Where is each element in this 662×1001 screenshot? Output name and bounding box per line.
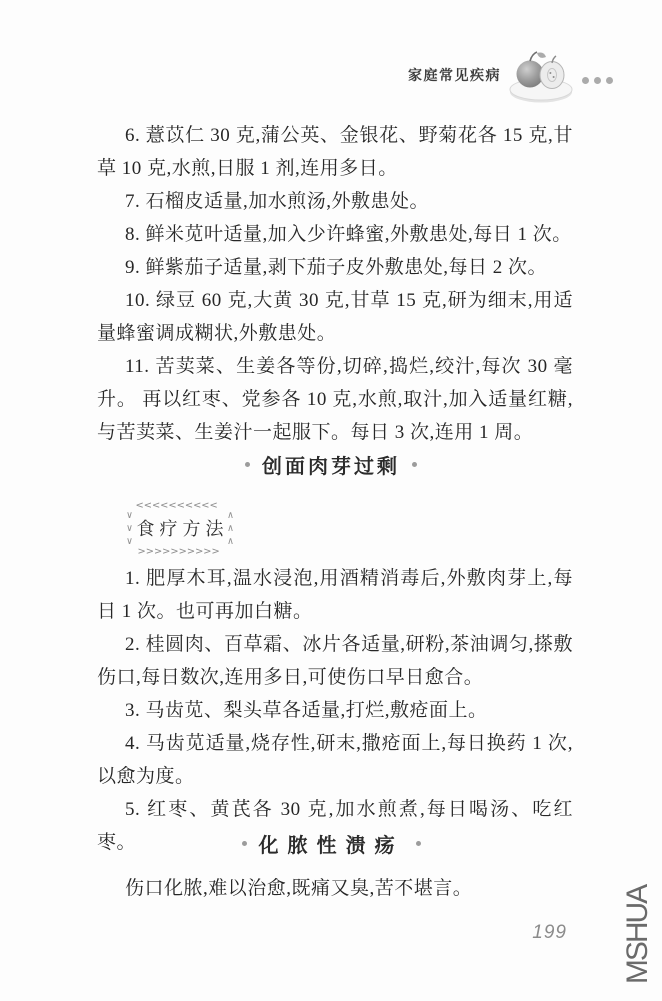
- remedy-item: 11. 苦荬菜、生姜各等份,切碎,捣烂,绞汁,每次 30 毫升。 再以红枣、党参…: [97, 350, 573, 449]
- section-title-text: 创面肉芽过剩: [262, 450, 400, 479]
- remedy-item: 9. 鲜紫茄子适量,剥下茄子皮外敷患处,每日 2 次。: [97, 251, 573, 284]
- header-dots: [582, 77, 613, 84]
- chevron-border-bottom: >>>>>>>>>>: [138, 546, 220, 556]
- section-title-ulcer: 化脓性溃疡: [0, 829, 662, 858]
- dot-icon: [606, 77, 613, 84]
- chevron-border-left: ∨∨∨: [125, 509, 134, 548]
- remedy-item: 8. 鲜米苋叶适量,加入少许蜂蜜,外敷患处,每日 1 次。: [97, 218, 573, 251]
- spine-text: MSHUA: [622, 875, 654, 995]
- remedy-item: 7. 石榴皮适量,加水煎汤,外敷患处。: [97, 185, 573, 218]
- remedy-item: 10. 绿豆 60 克,大黄 30 克,甘草 15 克,研为细末,用适量蜂蜜调成…: [97, 284, 573, 350]
- running-head-title: 家庭常见疾病: [408, 65, 501, 85]
- apples-photo: [507, 46, 575, 109]
- dot-icon: [582, 77, 589, 84]
- diet-therapy-item: 1. 肥厚木耳,温水浸泡,用酒精消毒后,外敷肉芽上,每日 1 次。也可再加白糖。: [97, 562, 573, 628]
- dot-icon: [594, 77, 601, 84]
- section-title-text: 化脓性溃疡: [259, 829, 404, 858]
- diet-therapy-label: 食疗方法: [132, 515, 229, 541]
- page-number: 199: [532, 922, 567, 944]
- diet-therapy-box: <<<<<<<<<< ∨∨∨ ∧∧∧ >>>>>>>>>> 食疗方法: [127, 502, 233, 554]
- diet-therapy-item: 4. 马齿苋适量,烧存性,研末,撒疮面上,每日换药 1 次,以愈为度。: [97, 727, 573, 793]
- chevron-border-right: ∧∧∧: [226, 509, 235, 548]
- ulcer-intro-paragraph: 伤口化脓,难以治愈,既痛又臭,苦不堪言。: [97, 872, 573, 905]
- title-dot-icon: [412, 462, 417, 467]
- chevron-border-top: <<<<<<<<<<: [136, 500, 218, 510]
- title-dot-icon: [245, 462, 250, 467]
- diet-therapy-item: 3. 马齿苋、梨头草各适量,打烂,敷疮面上。: [97, 694, 573, 727]
- book-page: 家庭常见疾病: [0, 0, 662, 1001]
- diet-therapy-item: 2. 桂圆肉、百草霜、冰片各适量,研粉,茶油调匀,搽敷伤口,每日数次,连用多日,…: [97, 628, 573, 694]
- remedy-item: 6. 薏苡仁 30 克,蒲公英、金银花、野菊花各 15 克,甘草 10 克,水煎…: [97, 119, 573, 185]
- page-header: 家庭常见疾病: [408, 46, 613, 109]
- title-dot-icon: [416, 841, 421, 846]
- section-title-granulation: 创面肉芽过剩: [0, 450, 662, 479]
- diet-therapy-list: 1. 肥厚木耳,温水浸泡,用酒精消毒后,外敷肉芽上,每日 1 次。也可再加白糖。…: [97, 562, 573, 859]
- remedy-list-continued: 6. 薏苡仁 30 克,蒲公英、金银花、野菊花各 15 克,甘草 10 克,水煎…: [97, 119, 573, 449]
- title-dot-icon: [242, 841, 247, 846]
- ulcer-intro-block: 伤口化脓,难以治愈,既痛又臭,苦不堪言。: [97, 872, 573, 905]
